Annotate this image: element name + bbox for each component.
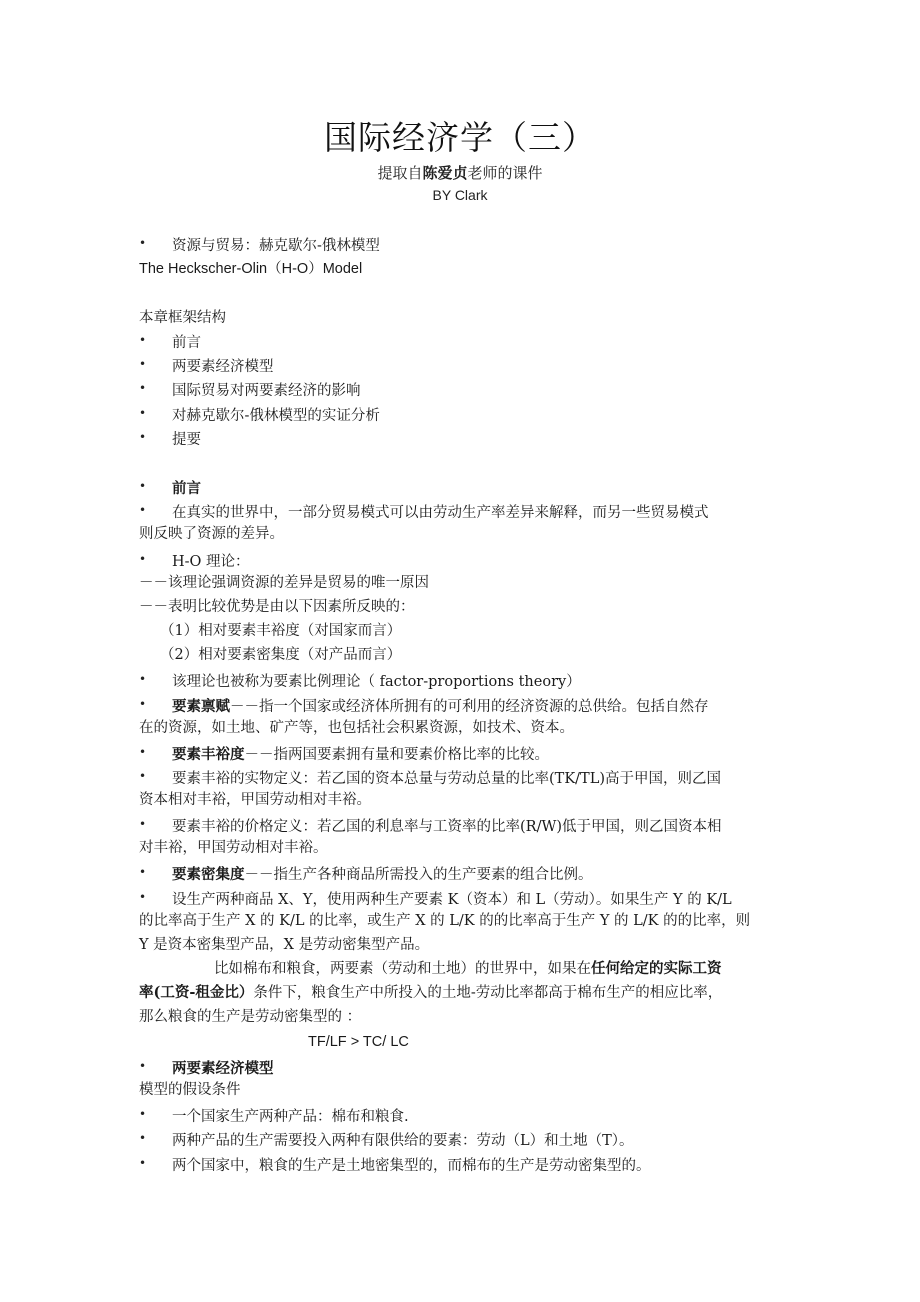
- english-title: The Heckscher-Olin（H-O）Model: [139, 257, 779, 282]
- paragraph-text: 比如棉布和粮食，两要素（劳动和土地）的世界中，如果在任何给定的实际工资: [214, 957, 854, 982]
- definition-text: －－指两国要素拥有量和要素价格比率的比较。: [245, 747, 550, 763]
- document-page: 国际经济学（三） 提取自陈爱贞老师的课件 BY Clark • 资源与贸易：赫克…: [0, 0, 920, 1302]
- dash-line: －－表明比较优势是由以下因素所反映的：: [139, 595, 779, 620]
- assumption-item: 一个国家生产两种产品：棉布和粮食.: [172, 1105, 409, 1126]
- bullet-icon: •: [139, 333, 146, 347]
- paragraph-text: 那么粮食的生产是劳动密集型的 ：: [139, 1005, 779, 1030]
- bullet-icon: •: [139, 672, 146, 686]
- document-author: BY Clark: [0, 187, 920, 203]
- factor-item: （2）相对要素密集度（对产品而言）: [160, 643, 800, 668]
- bold-span: 任何给定的实际工资: [591, 960, 722, 977]
- section-heading-preface: 前言: [172, 477, 201, 498]
- bullet-icon: •: [139, 406, 146, 420]
- formula: TF/LF > TC/ LC: [308, 1030, 920, 1055]
- document-title: 国际经济学（三）: [0, 112, 920, 159]
- outline-item: 对赫克歇尔-俄林模型的实证分析: [172, 404, 380, 425]
- paragraph-text: 要素丰裕的实物定义：若乙国的资本总量与劳动总量的比率(TK/TL)高于甲国，则乙…: [172, 767, 721, 788]
- paragraph-text: 的比率高于生产 X 的 K/L 的比率，或生产 X 的 L/K 的的比率高于生产…: [139, 909, 779, 934]
- paragraph-text: 要素密集度－－指生产各种商品所需投入的生产要素的组合比例。: [172, 863, 593, 884]
- bullet-icon: •: [139, 357, 146, 371]
- bullet-icon: •: [139, 552, 146, 566]
- bullet-icon: •: [139, 745, 146, 759]
- term-intensity: 要素密集度: [172, 866, 245, 883]
- bold-span: 率(工资-租金比）: [139, 984, 253, 1001]
- outline-item: 提要: [172, 428, 201, 449]
- bullet-icon: •: [139, 1107, 146, 1121]
- subtitle-suffix: 老师的课件: [468, 164, 543, 182]
- outline-item: 两要素经济模型: [172, 355, 274, 376]
- bullet-icon: •: [139, 697, 146, 711]
- bullet-icon: •: [139, 381, 146, 395]
- paragraph-text: 率(工资-租金比）条件下，粮食生产中所投入的土地-劳动比率都高于棉布生产的相应比…: [139, 981, 779, 1006]
- paragraph-text: 要素丰裕度－－指两国要素拥有量和要素价格比率的比较。: [172, 743, 549, 764]
- outline-item: 前言: [172, 331, 201, 352]
- bullet-icon: •: [139, 890, 146, 904]
- text-span: 比如棉布和粮食，两要素（劳动和土地）的世界中，如果在: [214, 961, 591, 977]
- dash-line: －－该理论强调资源的差异是贸易的唯一原因: [139, 571, 779, 596]
- text-span: 条件下，粮食生产中所投入的土地-劳动比率都高于棉布生产的相应比率，: [253, 985, 722, 1001]
- bullet-icon: •: [139, 503, 146, 517]
- bullet-icon: •: [139, 1131, 146, 1145]
- section-heading-model: 两要素经济模型: [172, 1057, 274, 1078]
- subtitle-teacher: 陈爱贞: [422, 164, 467, 182]
- paragraph-text: 对丰裕，甲国劳动相对丰裕。: [139, 836, 779, 861]
- paragraph-text: 资本相对丰裕，甲国劳动相对丰裕。: [139, 788, 779, 813]
- factor-item: （1）相对要素丰裕度（对国家而言）: [160, 619, 800, 644]
- bullet-icon: •: [139, 865, 146, 879]
- term-endowment: 要素禀赋: [172, 698, 230, 715]
- bullet-icon: •: [139, 479, 146, 493]
- assumption-heading: 模型的假设条件: [139, 1078, 779, 1103]
- topic-text: 资源与贸易：赫克歇尔-俄林模型: [172, 234, 380, 255]
- ho-theory-label: H-O 理论：: [172, 550, 250, 571]
- paragraph-text: 则反映了资源的差异。: [139, 522, 779, 547]
- term-abundance: 要素丰裕度: [172, 746, 245, 763]
- paragraph-text: Y 是资本密集型产品，X 是劳动密集型产品。: [139, 933, 779, 958]
- paragraph-text: 该理论也被称为要素比例理论（ factor-proportions theory…: [172, 670, 581, 691]
- bullet-icon: •: [139, 430, 146, 444]
- definition-text: －－指生产各种商品所需投入的生产要素的组合比例。: [245, 867, 593, 883]
- paragraph-text: 要素丰裕的价格定义：若乙国的利息率与工资率的比率(R/W)低于甲国，则乙国资本相: [172, 815, 722, 836]
- paragraph-text: 要素禀赋－－指一个国家或经济体所拥有的可利用的经济资源的总供给。包括自然存: [172, 695, 709, 716]
- bullet-icon: •: [139, 817, 146, 831]
- outline-item: 国际贸易对两要素经济的影响: [172, 379, 361, 400]
- bullet-icon: •: [139, 769, 146, 783]
- assumption-item: 两种产品的生产需要投入两种有限供给的要素：劳动（L）和土地（T）。: [172, 1129, 634, 1150]
- bullet-icon: •: [139, 1059, 146, 1073]
- definition-text: －－指一个国家或经济体所拥有的可利用的经济资源的总供给。包括自然存: [230, 699, 709, 715]
- paragraph-text: 设生产两种商品 X、Y，使用两种生产要素 K（资本）和 L（劳动）。如果生产 Y…: [172, 888, 732, 909]
- paragraph-text: 在的资源，如土地、矿产等，也包括社会积累资源，如技术、资本。: [139, 716, 779, 741]
- assumption-item: 两个国家中，粮食的生产是土地密集型的，而棉布的生产是劳动密集型的。: [172, 1154, 651, 1175]
- paragraph-text: 在真实的世界中，一部分贸易模式可以由劳动生产率差异来解释，而另一些贸易模式: [172, 501, 709, 522]
- bullet-icon: •: [139, 236, 146, 250]
- document-subtitle: 提取自陈爱贞老师的课件: [0, 162, 920, 183]
- subtitle-prefix: 提取自: [377, 164, 422, 182]
- outline-heading: 本章框架结构: [139, 306, 779, 331]
- bullet-icon: •: [139, 1156, 146, 1170]
